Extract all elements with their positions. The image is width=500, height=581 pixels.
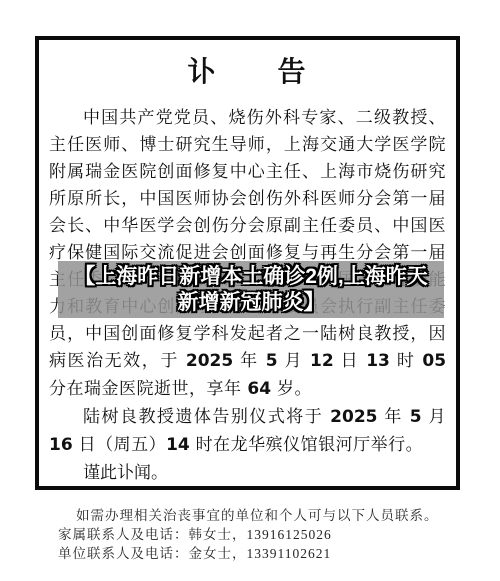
notice-paragraph-farewell-ceremony: 陆树良教授遗体告别仪式将于 2025 年 5 月 16 日（周五）14 时在龙华…	[49, 403, 446, 459]
news-caption-line-1: 【上海昨日新增本土确诊2例,上海昨天	[74, 264, 428, 290]
news-caption-overlay: 【上海昨日新增本土确诊2例,上海昨天 新增新冠肺炎】	[58, 261, 444, 318]
news-caption-line-2: 新增新冠肺炎】	[178, 290, 325, 316]
contact-family-line: 家属联系人及电话：韩女士，13916125026	[58, 525, 462, 544]
notice-closing-line: 谨此讣闻。	[49, 459, 446, 486]
contact-info-block: 如需办理相关治丧事宜的单位和个人可与以下人员联系。 家属联系人及电话：韩女士，1…	[58, 506, 462, 563]
contact-intro-line: 如需办理相关治丧事宜的单位和个人可与以下人员联系。	[58, 506, 462, 525]
contact-unit-line: 单位联系人及电话：金女士，13391102621	[58, 544, 462, 563]
notice-paragraph-biography: 中国共产党党员、烧伤外科专家、二级教授、主任医师、博士研究生导师，上海交通大学医…	[49, 104, 446, 403]
notice-title: 讣 告	[49, 52, 446, 92]
